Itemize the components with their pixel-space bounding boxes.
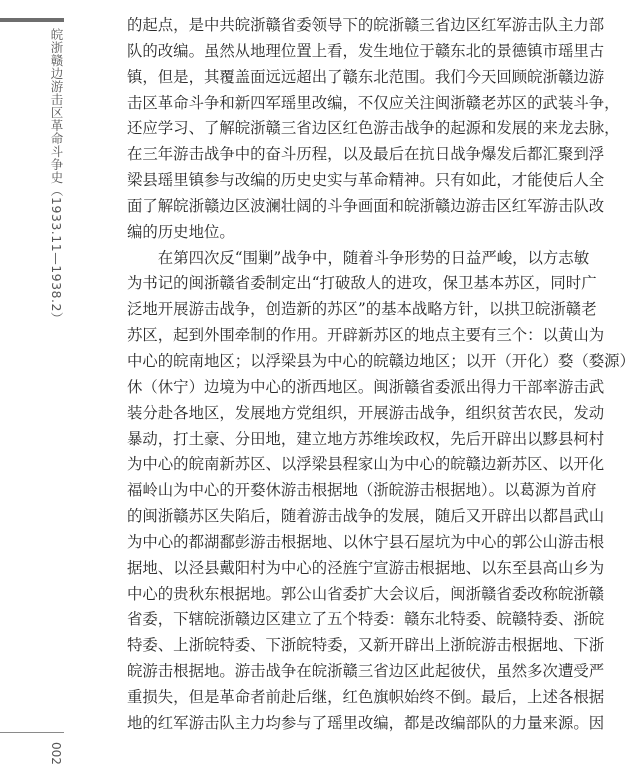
running-title: 皖浙赣边游击区革命斗争史（1933.11—1938.2） (48, 28, 64, 325)
text-line: 编的历史地位。 (127, 220, 559, 246)
text-line: 福岭山为中心的开婺休游击根据地（浙皖游击根据地）。以葛源为首府 (127, 478, 559, 504)
text-line: 梁县瑶里镇参与改编的历史史实与革命精神。只有如此，才能使后人全 (127, 168, 559, 194)
footer-rule (0, 732, 64, 733)
text-line: 重损失，但是革命者前赴后继，红色旗帜始终不倒。最后，上述各根据 (127, 685, 559, 711)
text-line: 装分赴各地区，发展地方党组织，开展游击战争，组织贫苦农民，发动 (127, 401, 559, 427)
text-line: 皖游击根据地。游击战争在皖浙赣三省边区此起彼伏，虽然多次遭受严 (127, 659, 559, 685)
header-rule (0, 18, 64, 22)
text-line: 在三年游击战争中的奋斗历程，以及最后在抗日战争爆发后都汇聚到浮 (127, 142, 559, 168)
text-line: 在第四次反“围剿”战争中，随着斗争形势的日益严峻，以方志敏 (127, 246, 559, 272)
text-line: 面了解皖浙赣边区波澜壮阔的斗争画面和皖浙赣边游击区红军游击队改 (127, 194, 559, 220)
paragraph-2: 在第四次反“围剿”战争中，随着斗争形势的日益严峻，以方志敏 为书记的闽浙赣省委制… (127, 246, 559, 737)
text-line: 地的红军游击队主力均参与了瑶里改编，都是改编部队的力量来源。因 (127, 711, 559, 737)
text-line: 休（休宁）边境为中心的浙西地区。闽浙赣省委派出得力干部率游击武 (127, 375, 559, 401)
text-line: 镇，但是，其覆盖面远远超出了赣东北范围。我们今天回顾皖浙赣边游 (127, 65, 559, 91)
page-number: 002 (48, 742, 64, 765)
text-line: 特委、上浙皖特委、下浙皖特委，又新开辟出上浙皖游击根据地、下浙 (127, 633, 559, 659)
text-line: 的闽浙赣苏区失陷后，随着游击战争的发展，随后又开辟出以都昌武山 (127, 504, 559, 530)
text-line: 中心的贵秋东根据地。郭公山省委扩大会议后，闽浙赣省委改称皖浙赣 (127, 582, 559, 608)
paragraph-1: 的起点，是中共皖浙赣省委领导下的皖浙赣三省边区红军游击队主力部 队的改编。虽然从… (127, 13, 559, 246)
text-line: 省委，下辖皖浙赣边区建立了五个特委：赣东北特委、皖赣特委、浙皖 (127, 607, 559, 633)
text-line: 为中心的皖南新苏区、以浮梁县程家山为中心的皖赣边新苏区、以开化 (127, 452, 559, 478)
text-line: 的起点，是中共皖浙赣省委领导下的皖浙赣三省边区红军游击队主力部 (127, 13, 559, 39)
text-line: 为中心的都湖鄱彭游击根据地、以休宁县石屋坑为中心的郭公山游击根 (127, 530, 559, 556)
text-line: 苏区，起到外围牵制的作用。开辟新苏区的地点主要有三个：以黄山为 (127, 323, 559, 349)
text-line: 击区革命斗争和新四军瑶里改编，不仅应关注闽浙赣老苏区的武装斗争， (127, 91, 559, 117)
text-line: 暴动，打土豪、分田地，建立地方苏维埃政权，先后开辟出以黟县柯村 (127, 427, 559, 453)
body-text: 的起点，是中共皖浙赣省委领导下的皖浙赣三省边区红军游击队主力部 队的改编。虽然从… (127, 13, 559, 737)
text-line: 泛地开展游击战争，创造新的苏区”的基本战略方针，以拱卫皖浙赣老 (127, 297, 559, 323)
text-line: 队的改编。虽然从地理位置上看，发生地位于赣东北的景德镇市瑶里古 (127, 39, 559, 65)
text-line: 中心的皖南地区；以浮梁县为中心的皖赣边地区；以开（开化）婺（婺源） (127, 349, 559, 375)
text-line: 还应学习、了解皖浙赣三省边区红色游击战争的起源和发展的来龙去脉， (127, 116, 559, 142)
text-line: 据地、以泾县戴阳村为中心的泾旌宁宣游击根据地、以东至县高山乡为 (127, 556, 559, 582)
text-line: 为书记的闽浙赣省委制定出“打破敌人的进攻，保卫基本苏区，同时广 (127, 271, 559, 297)
